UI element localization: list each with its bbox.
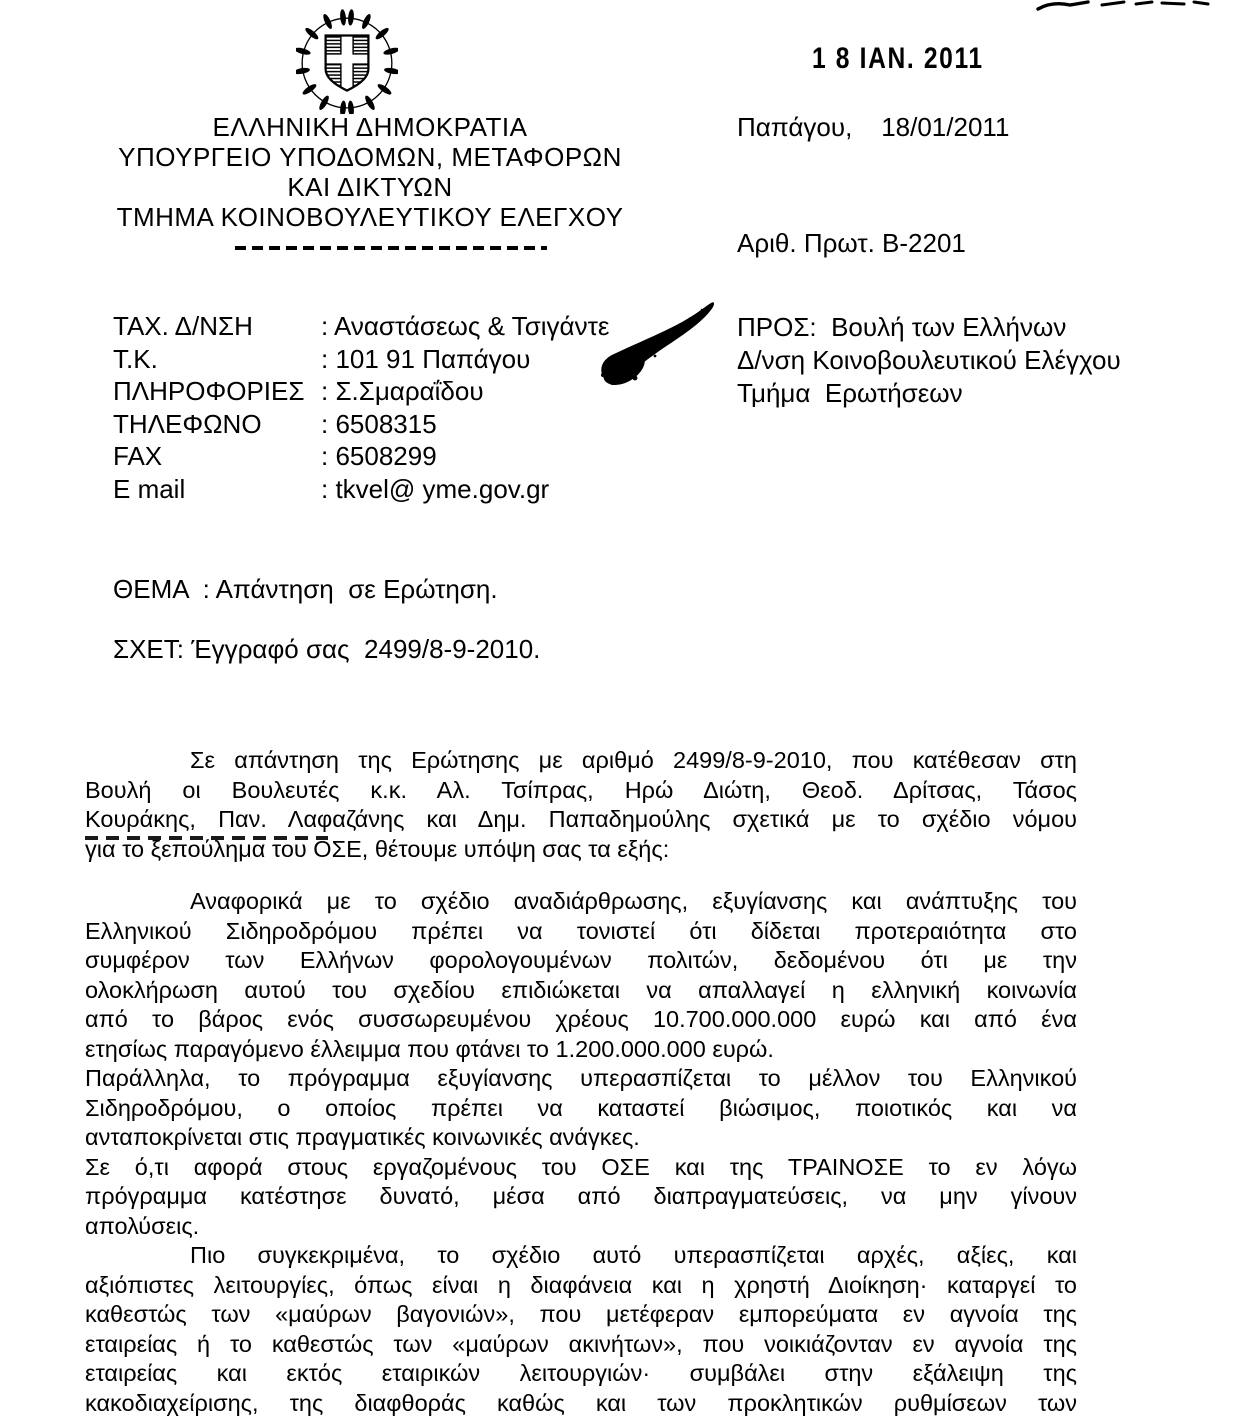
protocol-number: Αριθ. Πρωτ. Β-2201 <box>737 228 966 259</box>
body-line: κακοδιαχείρισης, της διαφθοράς καθώς και… <box>85 1389 1077 1419</box>
contact-value: : 101 91 Παπάγου <box>321 343 530 376</box>
body-line: εταιρείας και εκτός εταιρικών λειτουργιώ… <box>85 1359 1077 1389</box>
recipient-line: Τμήμα Ερωτήσεων <box>737 377 1121 410</box>
ink-smudge <box>592 296 742 401</box>
body-line: Κουράκης, Παν. Λαφαζάνης και Δημ. Παπαδη… <box>85 805 1077 835</box>
contact-label: E mail <box>113 473 321 506</box>
letterhead: ΕΛΛΗΝΙΚΗ ΔΗΜΟΚΡΑΤΙΑ ΥΠΟΥΡΓΕΙΟ ΥΠΟΔΟΜΩΝ, … <box>100 112 640 232</box>
body-line: Σε απάντηση της Ερώτησης με αριθμό 2499/… <box>85 746 1077 776</box>
contact-value: : 6508315 <box>321 408 437 441</box>
contact-block: ΤΑΧ. Δ/ΝΣΗ : Αναστάσεως & Τσιγάντε Τ.Κ. … <box>113 310 609 505</box>
body-line: ανταποκρίνεται στις πραγματικές κοινωνικ… <box>85 1123 1077 1153</box>
body-line: Σε ό,τι αφορά στους εργαζομένους του ΟΣΕ… <box>85 1153 1077 1183</box>
contact-row: E mail : tkvel@ yme.gov.gr <box>113 473 609 506</box>
body-line: Ελληνικού Σιδηροδρόμου πρέπει να τονιστε… <box>85 917 1077 947</box>
letter-body: Σε απάντηση της Ερώτησης με αριθμό 2499/… <box>85 746 1077 1418</box>
contact-row: Τ.Κ. : 101 91 Παπάγου <box>113 343 609 376</box>
body-line: πρόγραμμα κατέστησε δυνατό, μέσα από δια… <box>85 1182 1077 1212</box>
contact-label: ΤΗΛΕΦΩΝΟ <box>113 408 321 441</box>
body-line: Αναφορικά με το σχέδιο αναδιάρθρωσης, εξ… <box>85 887 1077 917</box>
body-line: ετησίως παραγόμενο έλλειμμα που φτάνει τ… <box>85 1035 1077 1065</box>
ministry-line2: ΚΑΙ ΔΙΚΤΥΩΝ <box>100 172 640 202</box>
scanned-letter-page: ΕΛΛΗΝΙΚΗ ΔΗΜΟΚΡΑΤΙΑ ΥΠΟΥΡΓΕΙΟ ΥΠΟΔΟΜΩΝ, … <box>0 0 1249 1424</box>
handwritten-mark <box>1030 0 1247 19</box>
contact-row: ΤΗΛΕΦΩΝΟ : 6508315 <box>113 408 609 441</box>
contact-value: : Αναστάσεως & Τσιγάντε <box>321 310 609 343</box>
reference-line: ΣΧΕΤ: Έγγραφό σας 2499/8-9-2010. <box>113 634 540 665</box>
paragraph: Πιο συγκεκριμένα, το σχέδιο αυτό υπερασπ… <box>85 1241 1077 1418</box>
subject-line: ΘΕΜΑ : Απάντηση σε Ερώτηση. <box>113 574 498 605</box>
greek-emblem-icon <box>296 8 398 119</box>
contact-value: : tkvel@ yme.gov.gr <box>321 473 549 506</box>
dashed-underline-mark <box>85 836 328 840</box>
republic-title: ΕΛΛΗΝΙΚΗ ΔΗΜΟΚΡΑΤΙΑ <box>100 112 640 142</box>
department-line: ΤΜΗΜΑ ΚΟΙΝΟΒΟΥΛΕΥΤΙΚΟΥ ΕΛΕΓΧΟΥ <box>100 202 640 232</box>
body-line: Βουλή οι Βουλευτές κ.κ. Αλ. Τσίπρας, Ηρώ… <box>85 776 1077 806</box>
body-line: αξιόπιστες λειτουργίες, όπως είναι η δια… <box>85 1271 1077 1301</box>
date-stamp: 1 8 ΙΑΝ. 2011 <box>812 42 984 76</box>
recipient-block: ΠΡΟΣ: Βουλή των Ελλήνων Δ/νση Κοινοβουλε… <box>737 311 1121 410</box>
paragraph: Σε ό,τι αφορά στους εργαζομένους του ΟΣΕ… <box>85 1153 1077 1242</box>
body-line: από το βάρος ενός συσσωρευμένου χρέους 1… <box>85 1005 1077 1035</box>
contact-row: ΠΛΗΡΟΦΟΡΙΕΣ : Σ.Σμαραΐδου <box>113 375 609 408</box>
paragraph: Αναφορικά με το σχέδιο αναδιάρθρωσης, εξ… <box>85 887 1077 1064</box>
paragraph: Παράλληλα, το πρόγραμμα εξυγίανσης υπερα… <box>85 1064 1077 1153</box>
body-line: καθεστώς των «μαύρων βαγονιών», που μετέ… <box>85 1300 1077 1330</box>
dashed-separator <box>235 246 547 250</box>
ministry-line1: ΥΠΟΥΡΓΕΙΟ ΥΠΟΔΟΜΩΝ, ΜΕΤΑΦΟΡΩΝ <box>100 142 640 172</box>
contact-value: : Σ.Σμαραΐδου <box>321 375 484 408</box>
body-line: συμφέρον των Ελλήνων φορολογουμένων πολι… <box>85 946 1077 976</box>
contact-label: FAX <box>113 440 321 473</box>
contact-row: FAX : 6508299 <box>113 440 609 473</box>
contact-label: Τ.Κ. <box>113 343 321 376</box>
body-line: ολοκλήρωση αυτού του σχεδίου επιδιώκεται… <box>85 976 1077 1006</box>
body-line: Σιδηροδρόμου, ο οποίος πρέπει να καταστε… <box>85 1094 1077 1124</box>
recipient-line: ΠΡΟΣ: Βουλή των Ελλήνων <box>737 311 1121 344</box>
contact-row: ΤΑΧ. Δ/ΝΣΗ : Αναστάσεως & Τσιγάντε <box>113 310 609 343</box>
body-line: Παράλληλα, το πρόγραμμα εξυγίανσης υπερα… <box>85 1064 1077 1094</box>
recipient-line: Δ/νση Κοινοβουλευτικού Ελέγχου <box>737 344 1121 377</box>
paragraph: Σε απάντηση της Ερώτησης με αριθμό 2499/… <box>85 746 1077 864</box>
body-line: εταιρείας ή το καθεστώς των «μαύρων ακιν… <box>85 1330 1077 1360</box>
contact-label: ΤΑΧ. Δ/ΝΣΗ <box>113 310 321 343</box>
contact-value: : 6508299 <box>321 440 437 473</box>
body-line: απολύσεις. <box>85 1212 1077 1242</box>
body-line: Πιο συγκεκριμένα, το σχέδιο αυτό υπερασπ… <box>85 1241 1077 1271</box>
contact-label: ΠΛΗΡΟΦΟΡΙΕΣ <box>113 375 321 408</box>
place-date: Παπάγου, 18/01/2011 <box>737 112 1009 143</box>
